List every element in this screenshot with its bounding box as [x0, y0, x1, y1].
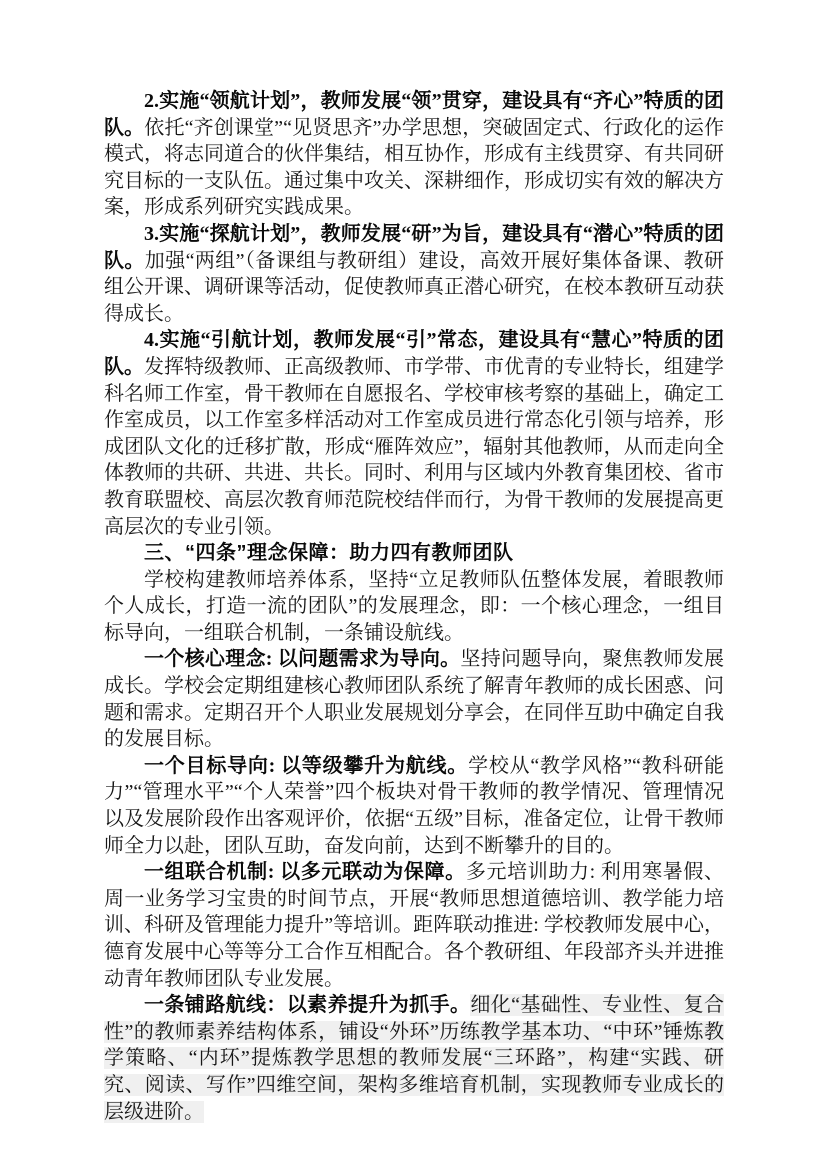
section-heading: 三、“四条”理念保障：助力四有教师团队	[104, 540, 724, 567]
paragraph: 一条铺路航线：以素养提升为抓手。细化“基础性、专业性、复合性”的教师素养结构体系…	[104, 992, 724, 1125]
paragraph: 2.实施“领航计划”，教师发展“领”贯穿，建设具有“齐心”特质的团队。依托“齐创…	[104, 88, 724, 221]
paragraph: 一个核心理念: 以问题需求为导向。坚持问题导向，聚焦教师发展成长。学校会定期组建…	[104, 646, 724, 752]
paragraph: 3.实施“探航计划”，教师发展“研”为旨，建设具有“潜心”特质的团队。加强“两组…	[104, 221, 724, 327]
document-body: 2.实施“领航计划”，教师发展“领”贯穿，建设具有“齐心”特质的团队。依托“齐创…	[104, 88, 724, 1125]
paragraph-lead: 一组联合机制: 以多元联动为保障。	[144, 861, 466, 883]
paragraph-text: 学校构建教师培养体系，坚持“立足教师队伍整体发展，着眼教师个人成长，打造一流的团…	[104, 569, 724, 644]
paragraph-text: 发挥特级教师、正高级教师、市学带、市优青的专业特长，组建学科名师工作室，骨干教师…	[104, 356, 724, 538]
paragraph-lead: 一个核心理念: 以问题需求为导向。	[144, 648, 460, 670]
paragraph-text: 依托“齐创课堂”“见贤思齐”办学思想，突破固定式、行政化的运作模式，将志同道合的…	[104, 117, 724, 219]
paragraph-lead: 一条铺路航线：以素养提升为抓手。	[144, 994, 470, 1016]
paragraph-text: 加强“两组”（备课组与教研组）建设，高效开展好集体备课、教研组公开课、调研课等活…	[104, 250, 724, 325]
paragraph: 一个目标导向: 以等级攀升为航线。学校从“教学风格”“教科研能力”“管理水平”“…	[104, 753, 724, 859]
document-page: 2.实施“领航计划”，教师发展“领”贯穿，建设具有“齐心”特质的团队。依托“齐创…	[0, 0, 827, 1170]
paragraph: 学校构建教师培养体系，坚持“立足教师队伍整体发展，着眼教师个人成长，打造一流的团…	[104, 567, 724, 647]
paragraph-lead: 一个目标导向: 以等级攀升为航线。	[144, 755, 468, 777]
paragraph: 4.实施“引航计划，教师发展“引”常态，建设具有“慧心”特质的团队。发挥特级教师…	[104, 327, 724, 540]
paragraph: 一组联合机制: 以多元联动为保障。多元培训助力: 利用寒暑假、周一业务学习宝贵的…	[104, 859, 724, 992]
heading-text: 三、“四条”理念保障：助力四有教师团队	[144, 542, 514, 564]
